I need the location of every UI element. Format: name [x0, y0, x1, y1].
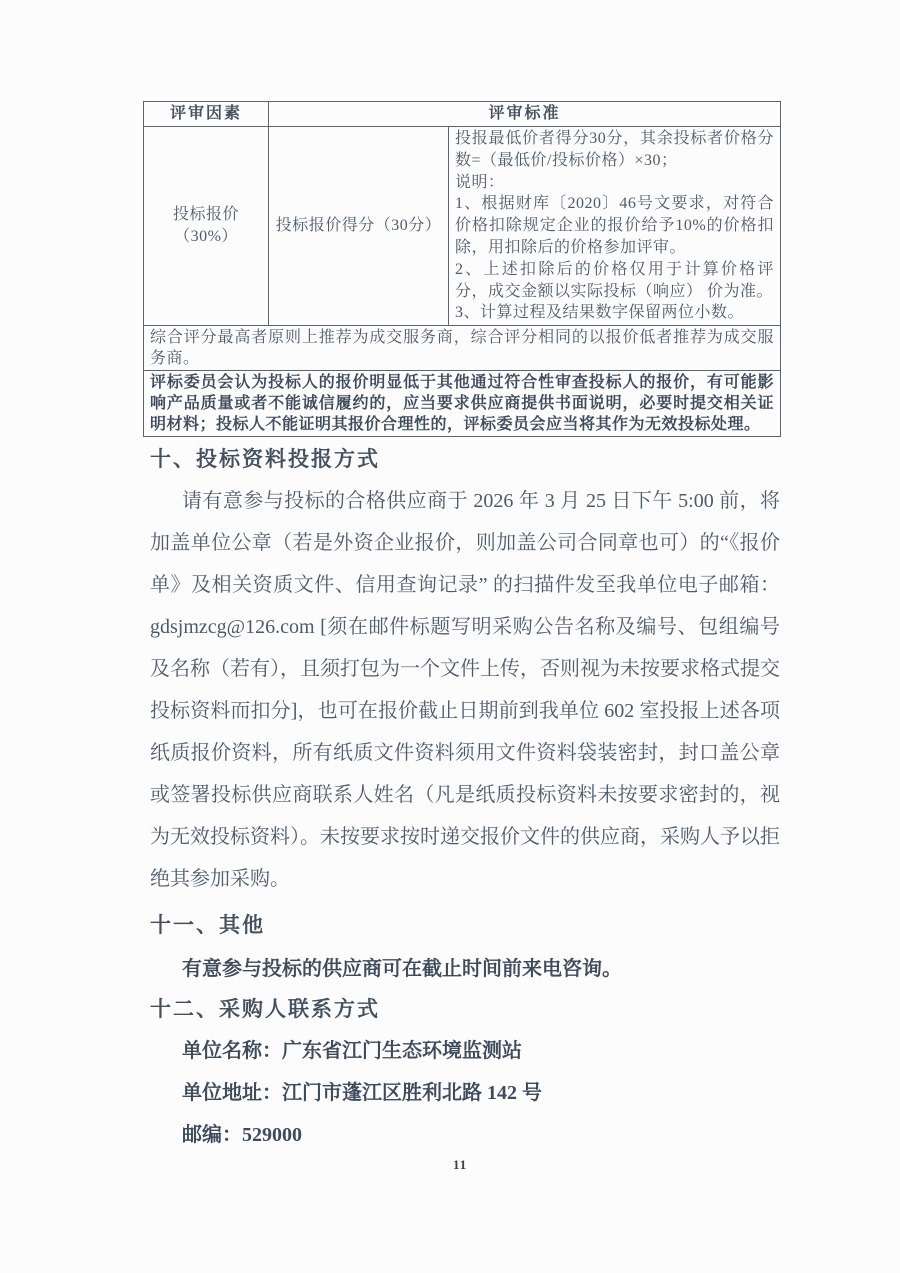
factor-name: 投标报价 — [150, 204, 262, 226]
contact-line-postcode: 邮编：529000 — [150, 1114, 780, 1156]
table-summary-row: 综合评分最高者原则上推荐为成交服务商，综合评分相同的以报价低者推荐为成交服务商。 — [144, 326, 781, 371]
contact-info: 单位名称：广东省江门生态环境监测站 单位地址：江门市蓬江区胜利北路 142 号 … — [150, 1030, 780, 1156]
header-factor-cell: 评审因素 — [144, 102, 269, 127]
criteria-paragraph: 3、计算过程及结果数字保留两位小数。 — [455, 302, 774, 324]
table-header-row: 评审因素 评审标准 — [144, 102, 781, 127]
table-note-row: 评标委员会认为投标人的报价明显低于其他通过符合性审查投标人的报价，有可能影响产品… — [144, 371, 781, 437]
factor-cell: 投标报价 （30%） — [144, 127, 269, 326]
table-row-bid-price: 投标报价 （30%） 投标报价得分（30分） 投报最低价者得分30分，其余投标者… — [144, 127, 781, 326]
contact-line-org-name: 单位名称：广东省江门生态环境监测站 — [150, 1030, 780, 1072]
criteria-paragraph: 投报最低价者得分30分，其余投标者价格分数=（最低价/投标价格）×30； — [455, 128, 774, 172]
criteria-paragraph: 2、上述扣除后的价格仅用于计算价格评分，成交金额以实际投标（响应） 价为准。 — [455, 259, 774, 303]
note-cell: 评标委员会认为投标人的报价明显低于其他通过符合性审查投标人的报价，有可能影响产品… — [144, 371, 781, 437]
section-10-paragraph: 请有意参与投标的合格供应商于 2026 年 3 月 25 日下午 5:00 前，… — [150, 480, 780, 900]
factor-weight: （30%） — [150, 226, 262, 248]
section-11-paragraph: 有意参与投标的供应商可在截止时间前来电咨询。 — [150, 948, 780, 990]
section-10-heading: 十、投标资料投报方式 — [150, 443, 380, 473]
criteria-paragraph: 1、根据财库〔2020〕46号文要求，对符合价格扣除规定企业的报价给予10%的价… — [455, 193, 774, 258]
summary-cell: 综合评分最高者原则上推荐为成交服务商，综合评分相同的以报价低者推荐为成交服务商。 — [144, 326, 781, 371]
header-standard-cell: 评审标准 — [269, 102, 781, 127]
document-page: 评审因素 评审标准 投标报价 （30%） 投标报价得分（30分） 投报最低价者得… — [0, 0, 900, 1273]
criteria-paragraph: 说明： — [455, 172, 774, 194]
contact-line-address: 单位地址：江门市蓬江区胜利北路 142 号 — [150, 1072, 780, 1114]
page-number: 11 — [453, 1157, 467, 1173]
section-12-heading: 十二、采购人联系方式 — [150, 993, 380, 1023]
method-cell: 投标报价得分（30分） — [269, 127, 449, 326]
criteria-cell: 投报最低价者得分30分，其余投标者价格分数=（最低价/投标价格）×30； 说明：… — [449, 127, 781, 326]
section-11-heading: 十一、其他 — [150, 909, 265, 939]
evaluation-table: 评审因素 评审标准 投标报价 （30%） 投标报价得分（30分） 投报最低价者得… — [143, 101, 781, 437]
